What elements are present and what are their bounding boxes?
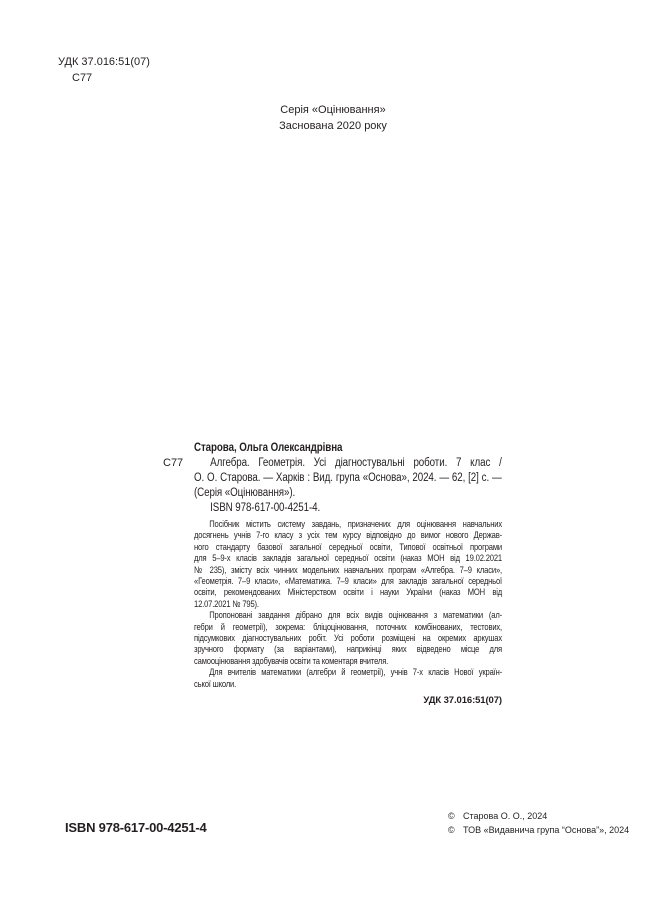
catalog-line: (Серія «Оцінювання»). bbox=[194, 486, 502, 501]
annotation-line: № 235), змісту всіх чинних модельних нав… bbox=[194, 565, 502, 576]
udc-block: УДК 37.016:51(07) С77 bbox=[58, 54, 150, 86]
annotation-line: Для вчителів математики (алгебри й геоме… bbox=[194, 667, 502, 678]
copyright-line: ©ТОВ «Видавнича група “Основа”», 2024 bbox=[448, 824, 629, 838]
annotation-line: ного стандарту базової загальної середнь… bbox=[194, 542, 502, 553]
annotation-line: ської школи. bbox=[194, 679, 502, 690]
imprint-page: УДК 37.016:51(07) С77 Серія «Оцінювання»… bbox=[0, 0, 650, 900]
author-sign-code: С77 bbox=[58, 70, 150, 86]
udc-number-bottom: УДК 37.016:51(07) bbox=[194, 695, 502, 706]
copyright-text: Старова О. О., 2024 bbox=[463, 811, 547, 821]
catalog-line: О. О. Старова. — Харків : Вид. група «Ос… bbox=[194, 471, 502, 486]
copyright-text: ТОВ «Видавнича група “Основа”», 2024 bbox=[463, 825, 629, 835]
copyright-line: ©Старова О. О., 2024 bbox=[448, 810, 629, 824]
annotation-line: для 5–9-х класів закладів загальної сере… bbox=[194, 553, 502, 564]
annotation-block: Посібник містить систему завдань, призна… bbox=[194, 519, 502, 690]
footer-isbn: ISBN 978-617-00-4251-4 bbox=[65, 820, 207, 835]
copyright-symbol: © bbox=[448, 810, 463, 824]
catalog-line: Алгебра. Геометрія. Усі діагностувальні … bbox=[194, 456, 502, 471]
series-title: Серія «Оцінювання» bbox=[16, 103, 650, 119]
annotation-line: досягнень учнів 7-го класу з усіх тем ку… bbox=[194, 530, 502, 541]
catalog-isbn: ISBN 978-617-00-4251-4. bbox=[194, 501, 502, 516]
catalog-card: Старова, Ольга Олександрівна Алгебра. Ге… bbox=[194, 441, 502, 516]
annotation-line: 12.07.2021 № 795). bbox=[194, 599, 502, 610]
annotation-line: гебри й геометрії), зокрема: бліцоцінюва… bbox=[194, 622, 502, 633]
annotation-line: Посібник містить систему завдань, призна… bbox=[194, 519, 502, 530]
catalog-code: С77 bbox=[163, 457, 183, 469]
copyright-block: ©Старова О. О., 2024 ©ТОВ «Видавнича гру… bbox=[448, 810, 629, 837]
series-block: Серія «Оцінювання» Заснована 2020 року bbox=[16, 103, 650, 134]
annotation-line: освіти, рекомендованих Міністерством осв… bbox=[194, 587, 502, 598]
copyright-symbol: © bbox=[448, 824, 463, 838]
annotation-line: Пропоновані завдання дібрано для всіх ви… bbox=[194, 610, 502, 621]
series-founded: Заснована 2020 року bbox=[16, 119, 650, 135]
udc-number: УДК 37.016:51(07) bbox=[58, 54, 150, 70]
annotation-line: зручного формату (за варіантами), наприк… bbox=[194, 644, 502, 655]
catalog-author: Старова, Ольга Олександрівна bbox=[194, 441, 502, 456]
annotation-line: «Геометрія. 7–9 класи», «Математика. 7–9… bbox=[194, 576, 502, 587]
annotation-line: підсумкових діагностувальних робіт. Усі … bbox=[194, 633, 502, 644]
annotation-line: самооцінювання здобувачів освіти та коме… bbox=[194, 656, 502, 667]
